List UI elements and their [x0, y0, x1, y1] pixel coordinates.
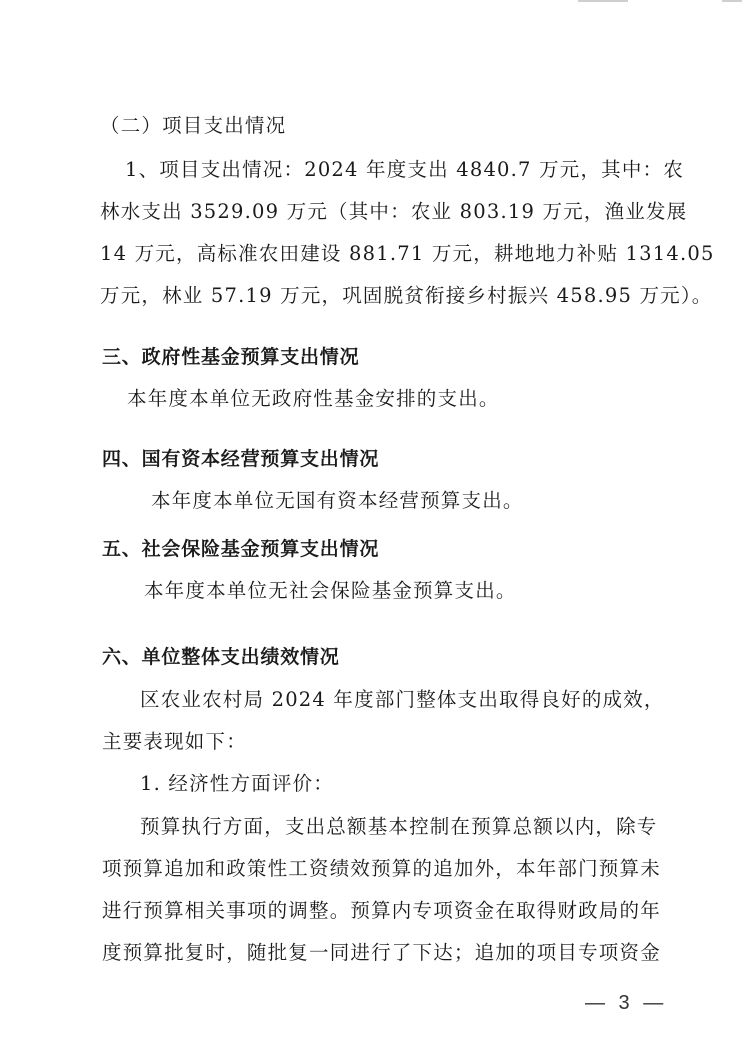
section-6-sub1-para-line-3: 进行预算相关事项的调整。预算内专项资金在取得财政局的年: [102, 899, 661, 923]
section-6-intro-line-2: 主要表现如下：: [102, 730, 247, 754]
page-number: — 3 —: [585, 992, 667, 1015]
section-3-heading: 三、政府性基金预算支出情况: [102, 345, 359, 369]
section-6-intro-line-1: 区农业农村局 2024 年度部门整体支出取得良好的成效，: [140, 688, 665, 712]
section-3-body: 本年度本单位无政府性基金安排的支出。: [127, 387, 500, 411]
section-6-sub1-para-line-1: 预算执行方面，支出总额基本控制在预算总额以内，除专: [140, 815, 658, 839]
section-2-heading: （二）项目支出情况: [100, 114, 286, 138]
section-2-para-line-2: 林水支出 3529.09 万元（其中：农业 803.19 万元，渔业发展: [100, 200, 687, 224]
section-2-para-line-1: 1、项目支出情况：2024 年度支出 4840.7 万元，其中：农: [125, 158, 684, 182]
section-6-sub1-para-line-2: 项预算追加和政策性工资绩效预算的追加外，本年部门预算未: [102, 857, 661, 881]
section-2-para-line-3: 14 万元，高标准农田建设 881.71 万元，耕地地力补贴 1314.05: [100, 242, 715, 266]
section-6-sub1-heading: 1. 经济性方面评价：: [140, 772, 334, 796]
section-2-para-line-4: 万元，林业 57.19 万元，巩固脱贫衔接乡村振兴 458.95 万元）。: [100, 284, 713, 308]
section-4-heading: 四、国有资本经营预算支出情况: [102, 447, 379, 471]
section-4-body: 本年度本单位无国有资本经营预算支出。: [151, 489, 524, 513]
section-5-body: 本年度本单位无社会保险基金预算支出。: [144, 579, 517, 603]
section-6-heading: 六、单位整体支出绩效情况: [102, 645, 340, 669]
section-6-sub1-para-line-4: 度预算批复时，随批复一同进行了下达；追加的项目专项资金: [102, 941, 661, 965]
scan-smudge-left: [578, 0, 628, 2]
section-5-heading: 五、社会保险基金预算支出情况: [102, 537, 379, 561]
scan-smudge-right: [722, 0, 742, 2]
